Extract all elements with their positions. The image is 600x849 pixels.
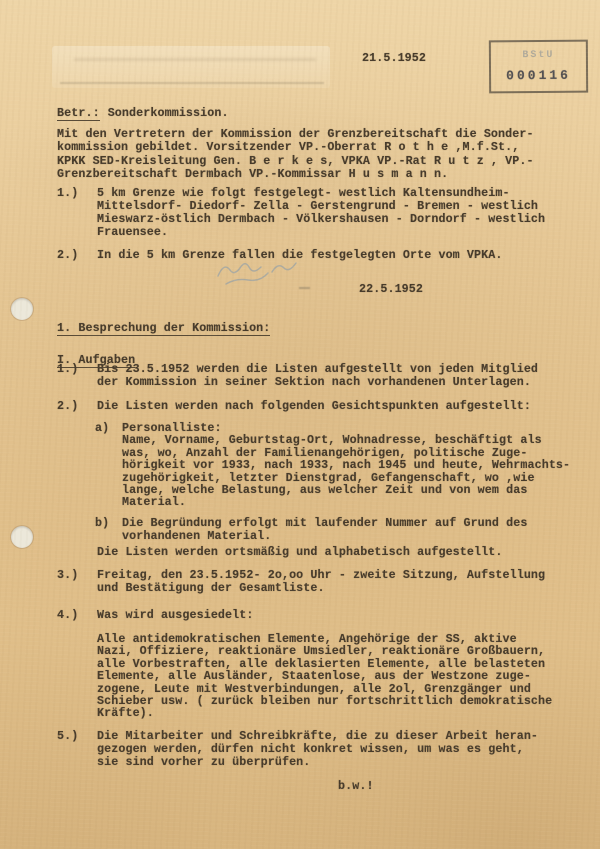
task3-number: 3.) <box>57 569 78 582</box>
bstu-archive-stamp: BStU 000116 <box>489 40 588 94</box>
punch-hole-bottom <box>11 526 33 548</box>
task2-number: 2.) <box>57 400 78 413</box>
date-top: 21.5.1952 <box>362 52 426 65</box>
subject-text: Sonderkommission. <box>108 106 229 120</box>
turn-page-note: b.w.! <box>338 780 374 793</box>
scanned-document-page: 21.5.1952 BStU 000116 Betr.:Sonderkommis… <box>0 0 600 849</box>
task1-number: 1.) <box>57 363 78 376</box>
date-middle: 22.5.1952 <box>359 283 423 296</box>
border-list-item1-number: 1.) <box>57 187 78 200</box>
task2-sub-b-marker: b) <box>95 517 109 530</box>
task2-sub-a-marker: a) <box>95 422 109 435</box>
task5-number: 5.) <box>57 730 78 743</box>
task2-note: Die Listen werden ortsmäßig und alphabet… <box>97 546 502 559</box>
task4-number: 4.) <box>57 609 78 622</box>
task3-text: Freitag, den 23.5.1952- 2o,oo Uhr - zwei… <box>97 569 545 594</box>
section-heading: 1. Besprechung der Kommission: <box>57 309 270 336</box>
stamp-page-number: 000116 <box>506 68 571 83</box>
task5-text: Die Mitarbeiter und Schreibkräfte, die z… <box>97 730 538 770</box>
stamp-org-label: BStU <box>522 50 554 61</box>
border-list-item2-number: 2.) <box>57 249 78 262</box>
punch-hole-top <box>11 298 33 320</box>
task2-text: Die Listen werden nach folgenden Gesicht… <box>97 400 531 413</box>
erased-text-area <box>52 46 330 88</box>
section-heading-text: 1. Besprechung der Kommission: <box>57 322 270 336</box>
task2-sub-b-text: Die Begründung erfolgt mit laufender Num… <box>122 517 527 542</box>
pencil-mark <box>299 287 310 289</box>
subject-label: Betr.: <box>57 107 100 121</box>
task2-sub-a-text: Personalliste: Name, Vorname, Geburtstag… <box>122 422 570 509</box>
intro-paragraph: Mit den Vertretern der Kommission der Gr… <box>57 128 534 181</box>
border-list-item1-text: 5 km Grenze wie folgt festgelegt- westli… <box>97 187 545 239</box>
subject-line: Betr.:Sonderkommission. <box>57 94 229 121</box>
task4-paragraph: Alle antidemokratischen Elemente, Angehö… <box>97 633 552 720</box>
task4-heading: Was wird ausgesiedelt: <box>97 609 254 622</box>
task1-text: Bis 23.5.1952 werden die Listen aufgeste… <box>97 363 538 388</box>
